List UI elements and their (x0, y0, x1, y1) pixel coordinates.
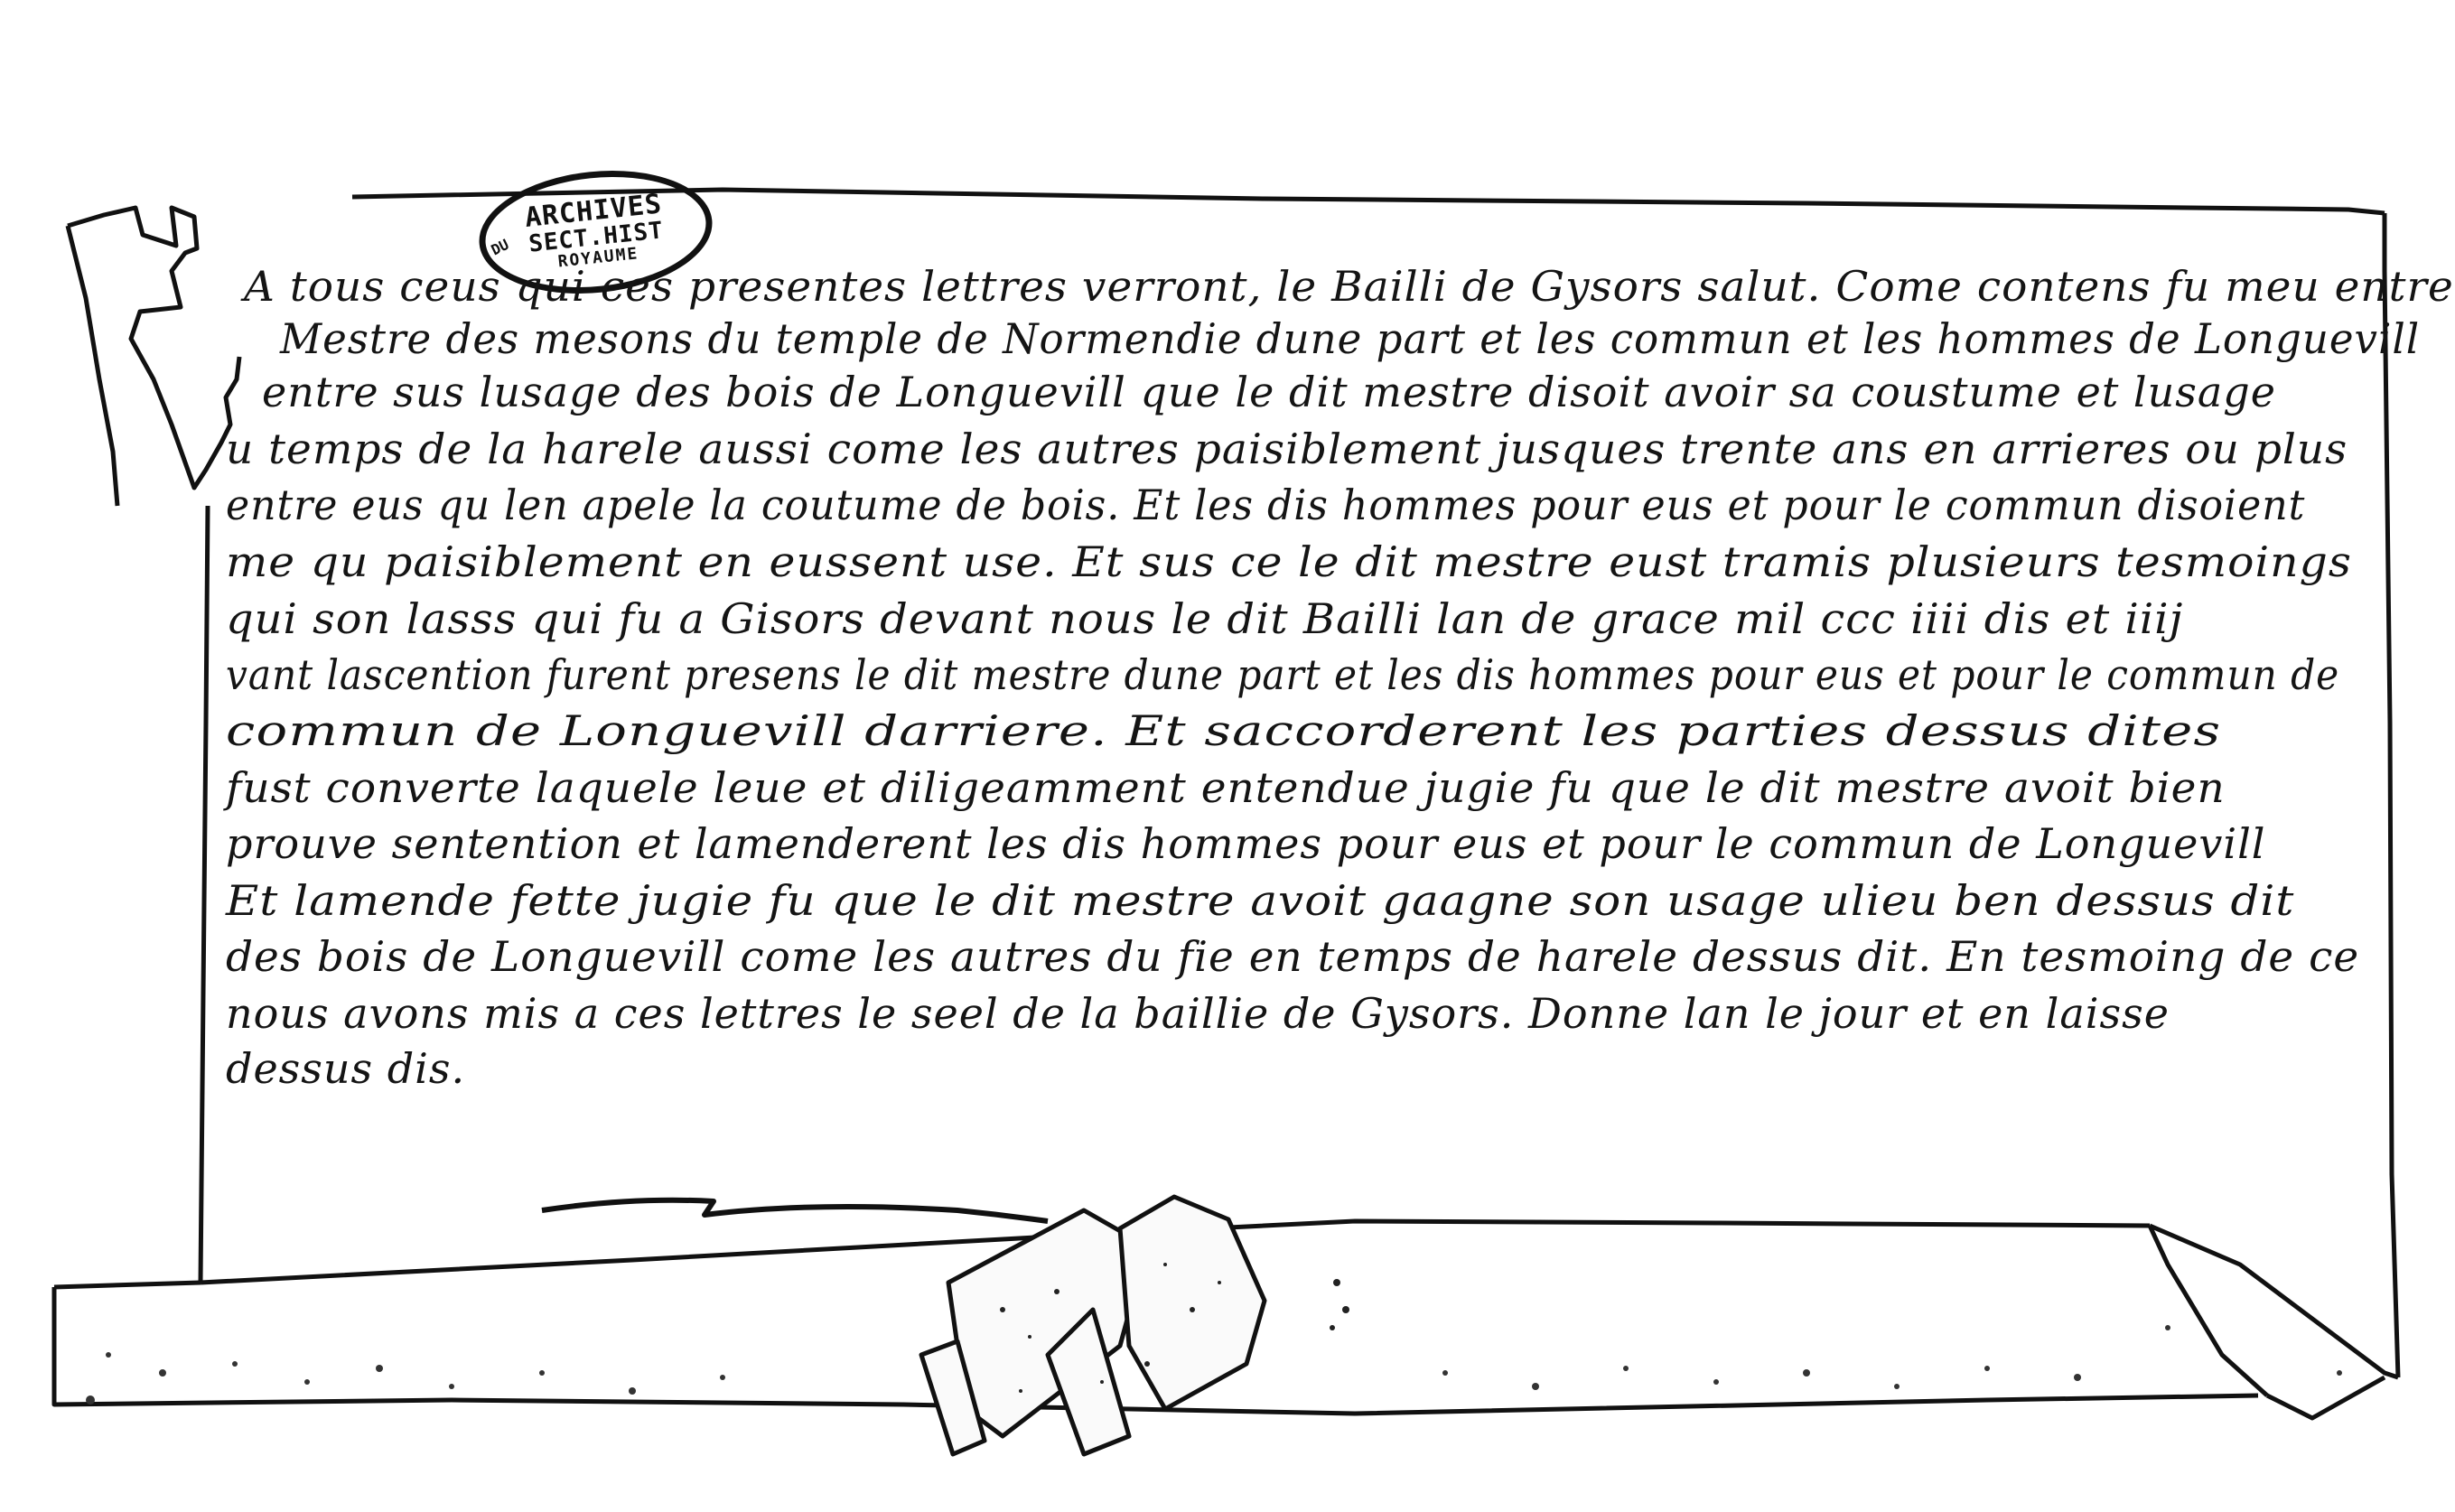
plica-texture (0, 0, 2455, 1512)
charter-sheet: ARCHIVES SECT.HIST DU ROYAUME A tous ceu… (0, 0, 2455, 1512)
